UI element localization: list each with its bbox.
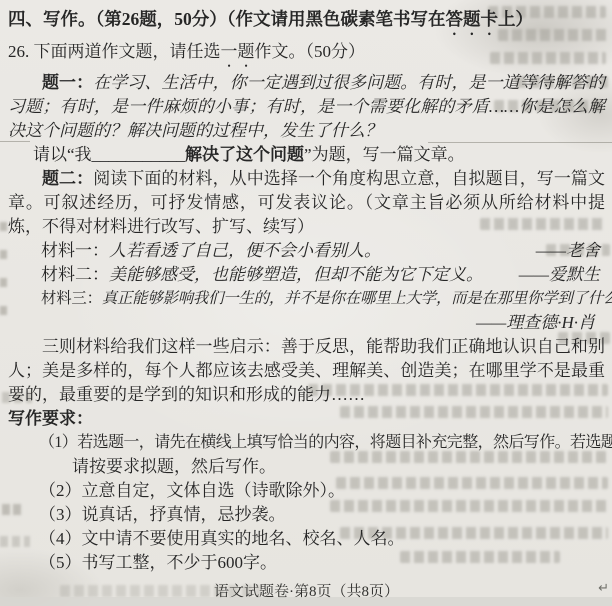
section-heading-post: 上） <box>498 9 533 29</box>
requirement-line-3: （3）说真话，抒真情，忌抄袭。 <box>8 503 605 527</box>
material-2-label: 材料二： <box>41 263 109 287</box>
topic2-label: 题二： <box>42 169 93 188</box>
summary-paragraph: 三则材料给我们这样一些启示：善于反思，能帮助我们正确地认识自己和别人；美是多样的… <box>8 335 605 407</box>
question-26-post: 作文。（50分） <box>255 42 366 61</box>
requirements-heading: 写作要求： <box>8 407 605 431</box>
material-3-label: 材料三： <box>41 290 102 307</box>
question-26-intro: 26. 下面两道作文题，请任选一题作文。（50分） <box>8 39 605 71</box>
title-instruction-line: 请以“我___________解决了这个问题”为题，写一篇文章。 <box>8 143 605 167</box>
question-26-pre: 26. 下面两道作文题，请任选 <box>8 42 221 61</box>
topic2-paragraph: 题二：阅读下面的材料，从中选择一个角度构思立意，自拟题目，写一篇文章。可叙述经历… <box>8 167 605 239</box>
requirement-line-2: （2）立意自定，文体自选（诗歌除外）。 <box>8 479 605 503</box>
question-26-emphasis: 一题 <box>221 42 255 61</box>
material-2-text: 美能够感受，也能够塑造，但却不能为它下定义。 <box>109 263 519 287</box>
material-3-attribution: ——理查德·H·肖 <box>8 311 605 335</box>
material-1-label: 材料一： <box>41 239 109 263</box>
section-heading-emphasis: 答题卡 <box>446 9 499 29</box>
material-1-text: 人若看透了自己，便不会小看别人。 <box>109 239 536 263</box>
page-edge-shadow <box>0 597 612 606</box>
material-2-attribution: ——爱默生 <box>519 263 605 287</box>
exam-content: 四、写作。（第26题，50分）（作文请用黑色碳素笔书写在答题卡上） 26. 下面… <box>0 0 612 603</box>
title-post: ”为题，写一篇文章。 <box>304 145 465 164</box>
material-1-attribution: ——老舍 <box>536 239 605 263</box>
requirement-line-1: （1）若选题一，请先在横线上填写恰当的内容，将题目补充完整，然后写作。若选题二， <box>8 431 605 455</box>
requirement-line-1-continued: 请按要求拟题，然后写作。 <box>8 455 605 479</box>
requirement-line-5: （5）书写工整，不少于600字。 <box>8 551 605 575</box>
section-heading: 四、写作。（第26题，50分）（作文请用黑色碳素笔书写在答题卡上） <box>8 6 605 39</box>
topic1-text: 在学习、生活中，你一定遇到过很多问题。有时，是一道等待解答的习题；有时，是一件麻… <box>8 73 605 140</box>
return-mark: ↵ <box>598 581 609 596</box>
material-2-row: 材料二：美能够感受，也能够塑造，但却不能为它下定义。——爱默生 <box>8 263 605 287</box>
topic1-label: 题一： <box>42 73 93 92</box>
topic1-paragraph: 题一：在学习、生活中，你一定遇到过很多问题。有时，是一道等待解答的习题；有时，是… <box>8 71 605 143</box>
section-heading-pre: 四、写作。（第26题，50分）（作文请用黑色碳素笔书写在 <box>8 9 446 29</box>
title-pre: 请以“我 <box>33 145 92 164</box>
material-3-text: 真正能够影响我们一生的，并不是你在哪里上大学，而是在那里你学到了什么。 <box>102 290 612 307</box>
requirement-line-4: （4）文中请不要使用真实的地名、校名、人名。 <box>8 527 605 551</box>
topic2-text: 阅读下面的材料，从中选择一个角度构思立意，自拟题目，写一篇文章。可叙述经历，可抒… <box>8 169 605 236</box>
scanned-exam-page: 四、写作。（第26题，50分）（作文请用黑色碳素笔书写在答题卡上） 26. 下面… <box>0 0 612 606</box>
title-highlight: 解决了这个问题 <box>185 145 304 164</box>
material-1-row: 材料一：人若看透了自己，便不会小看别人。——老舍 <box>8 239 605 263</box>
fill-in-blank: ___________ <box>92 145 186 164</box>
material-3-row: 材料三：真正能够影响我们一生的，并不是你在哪里上大学，而是在那里你学到了什么。 <box>8 287 605 311</box>
